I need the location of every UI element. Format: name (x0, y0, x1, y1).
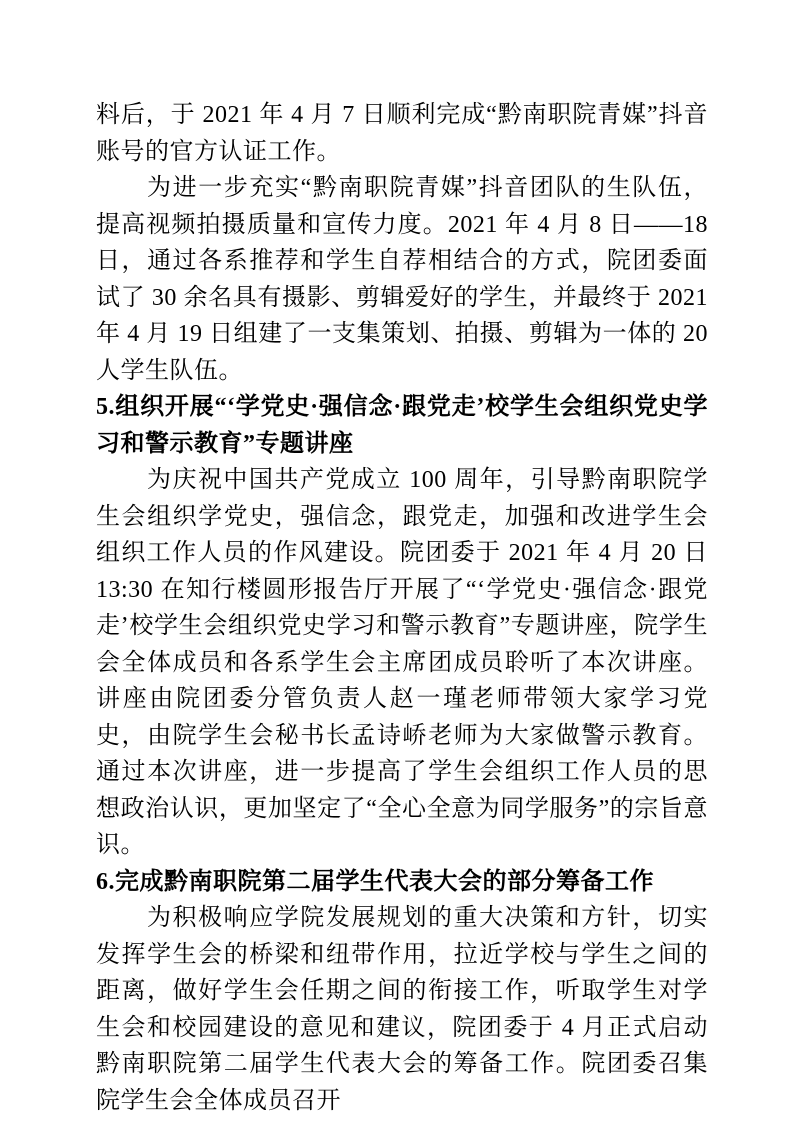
paragraph-continued: 料后，于 2021 年 4 月 7 日顺利完成“黔南职院青媒”抖音账号的官方认证… (96, 97, 708, 170)
document-body: 料后，于 2021 年 4 月 7 日顺利完成“黔南职院青媒”抖音账号的官方认证… (96, 97, 708, 1119)
section-heading-6: 6.完成黔南职院第二届学生代表大会的部分筹备工作 (96, 864, 708, 901)
paragraph-student-congress-prep: 为积极响应学院发展规划的重大决策和方针，切实发挥学生会的桥梁和纽带作用，拉近学校… (96, 900, 708, 1119)
paragraph-party-history-lecture: 为庆祝中国共产党成立 100 周年，引导黔南职院学生会组织学党史，强信念，跟党走… (96, 462, 708, 864)
paragraph-douyin-team: 为进一步充实“黔南职院青媒”抖音团队的生队伍，提高视频拍摄质量和宣传力度。202… (96, 170, 708, 389)
document-page: 料后，于 2021 年 4 月 7 日顺利完成“黔南职院青媒”抖音账号的官方认证… (0, 0, 793, 1122)
section-heading-5: 5.组织开展“‘学党史·强信念·跟党走’校学生会组织党史学习和警示教育”专题讲座 (96, 389, 708, 462)
